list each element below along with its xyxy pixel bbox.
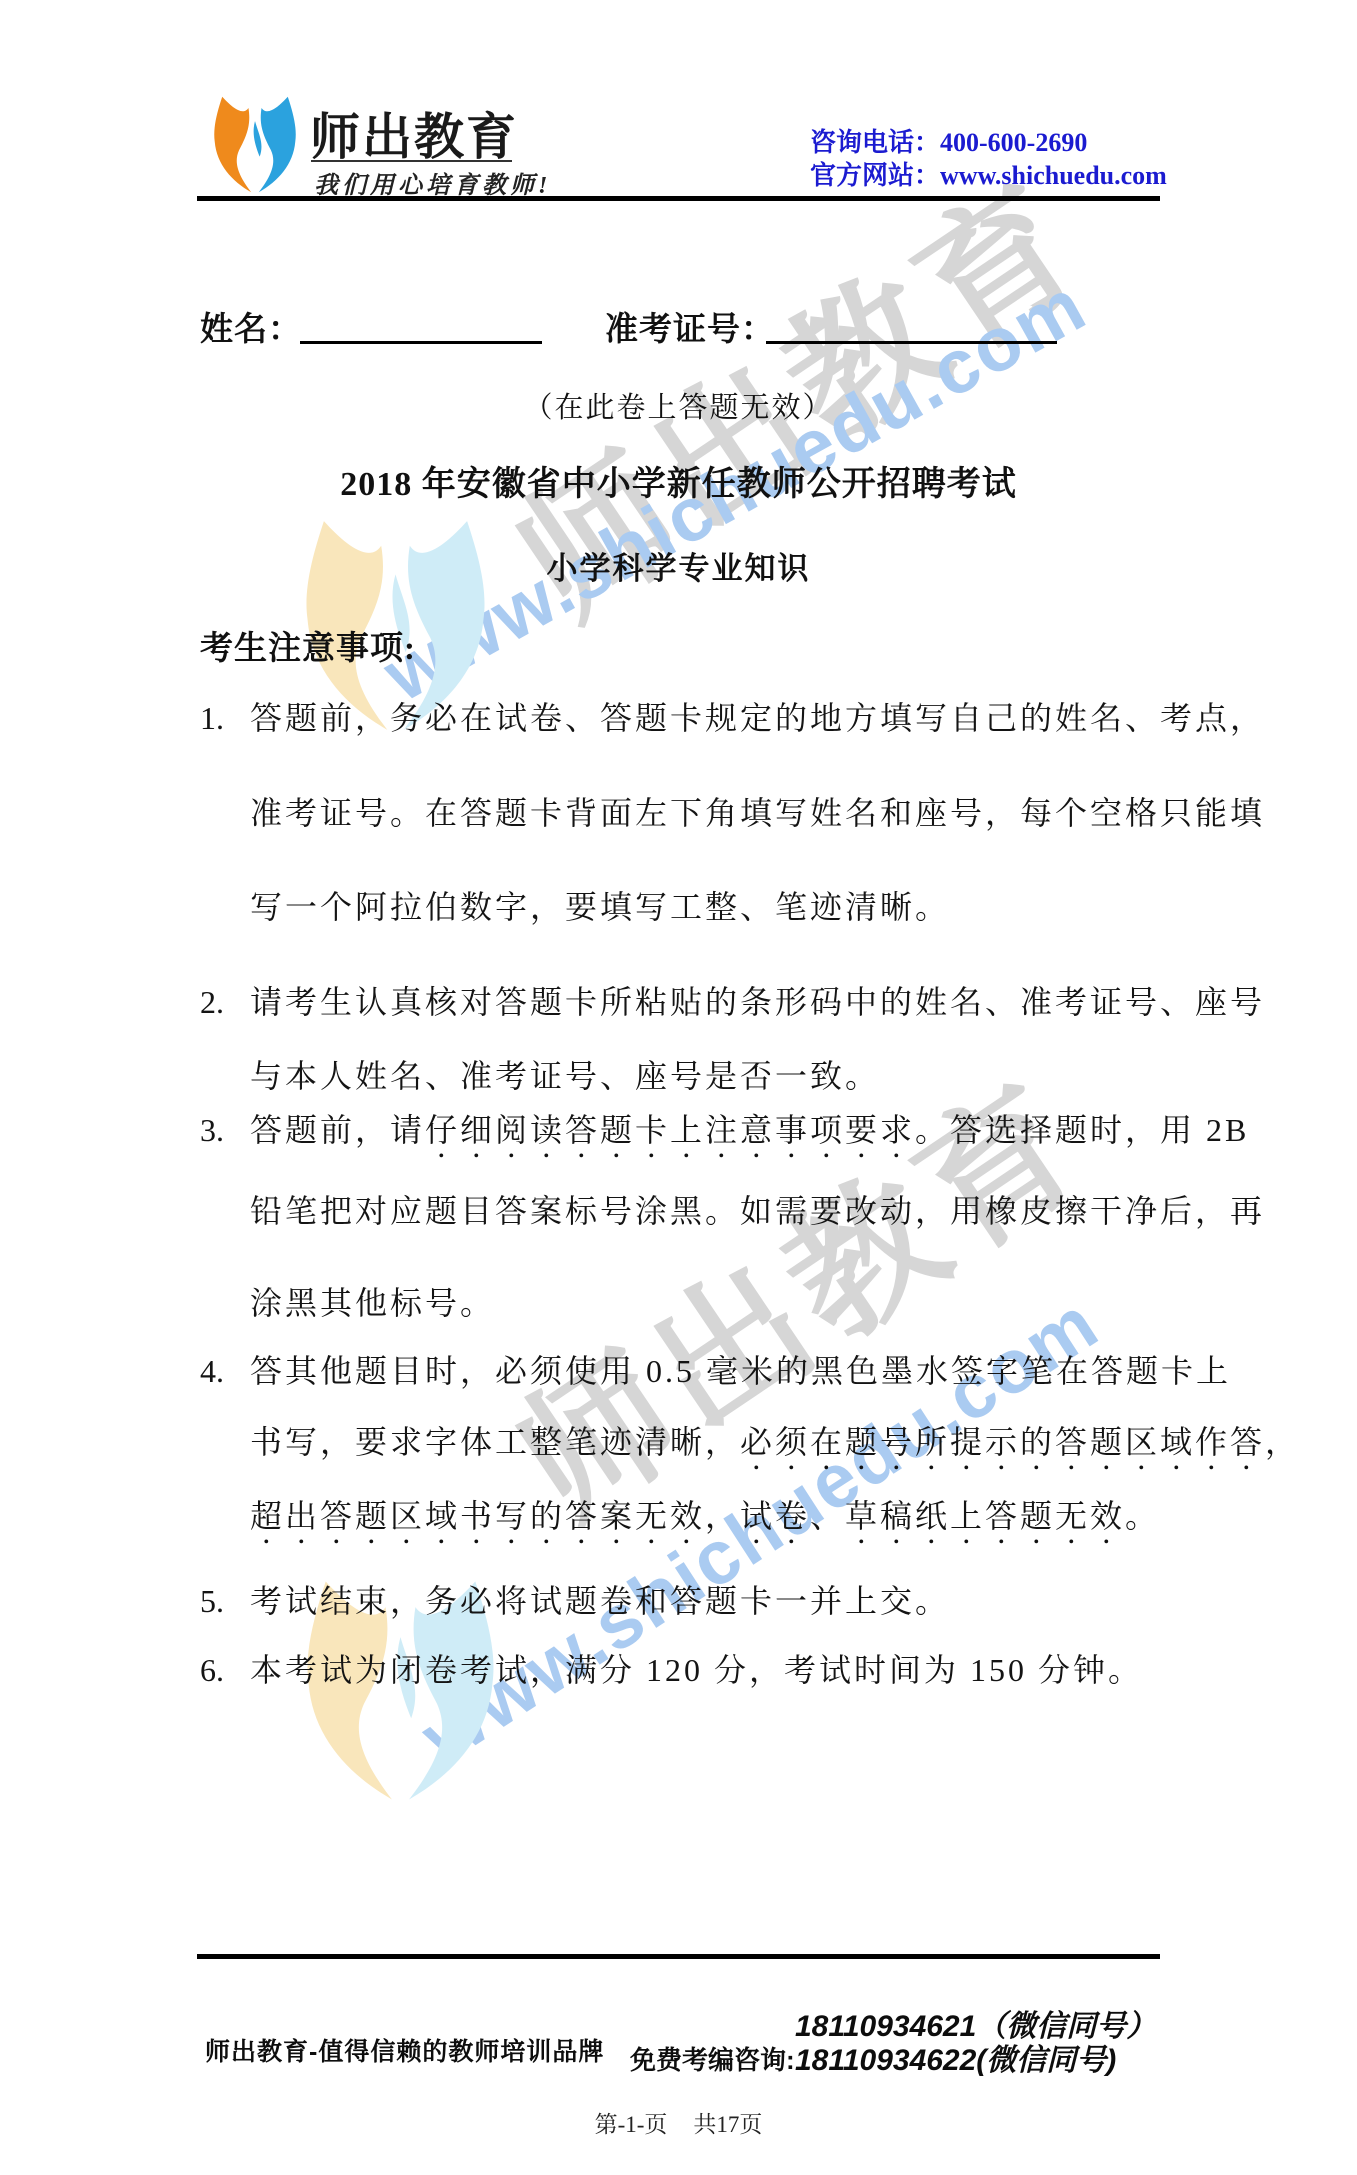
phone-label: 咨询电话： [810, 128, 940, 157]
note-text: 本考试为闭卷考试，满分 120 分，考试时间为 150 分钟。 [250, 1652, 1143, 1688]
contact-phone-row: 咨询电话：400-600-2690 [810, 126, 1167, 159]
footer-rule [197, 1954, 1160, 1959]
name-field-label: 姓名： [200, 303, 302, 350]
phone-number: 400-600-2690 [940, 128, 1087, 157]
logo-underline [311, 160, 512, 162]
header-rule [197, 196, 1160, 201]
note-item-number: 2. [200, 982, 224, 1022]
note-text: 请考生认真核对答题卡所粘贴的条形码中的姓名、准考证号、座号 [250, 984, 1265, 1020]
note-item-number: 5. [200, 1581, 224, 1621]
notes-heading: 考生注意事项: [200, 622, 416, 669]
note-line: 与本人姓名、准考证号、座号是否一致。 [250, 1056, 880, 1096]
note-text: 。 [1125, 1498, 1160, 1534]
note-text: 书写，要求字体工整笔迹清晰， [250, 1424, 740, 1460]
note-line: 5.考试结束，务必将试题卷和答题卡一并上交。 [250, 1581, 950, 1621]
exam-title: 2018 年安徽省中小学新任教师公开招聘考试 [0, 456, 1357, 505]
ticket-field-label: 准考证号： [605, 303, 775, 350]
note-item-number: 1. [200, 698, 224, 738]
note-text: 铅笔把对应题目答案标号涂黑。如需要改动，用橡皮擦干净后，再 [250, 1193, 1265, 1229]
note-item-number: 3. [200, 1110, 224, 1150]
note-text: 准考证号。在答题卡背面左下角填写姓名和座号，每个空格只能填 [250, 795, 1265, 831]
page-total: 共17页 [693, 2112, 762, 2137]
ticket-blank-line [766, 341, 1057, 344]
exam-paper-page: 师出教育 www.shichuedu.com 师出教育 www.shichued… [0, 0, 1357, 2175]
note-line: 书写，要求字体工整笔迹清晰，必须在题号所提示的答题区域作答， [250, 1422, 1300, 1477]
footer-consult-phones: 18110934621（微信同号） 18110934622(微信同号) [795, 2010, 1156, 2078]
footer-consult-label: 免费考编咨询: [630, 2040, 795, 2077]
note-text: 与本人姓名、准考证号、座号是否一致。 [250, 1058, 880, 1094]
note-text: 。答选择题时，用 2B [915, 1112, 1249, 1148]
contact-block: 咨询电话：400-600-2690 官方网站：www.shichuedu.com [810, 126, 1167, 192]
note-line: 4.答其他题目时，必须使用 0.5 毫米的黑色墨水签字笔在答题卡上 [250, 1351, 1231, 1391]
note-line: 3.答题前，请仔细阅读答题卡上注意事项要求。答选择题时，用 2B [250, 1110, 1249, 1165]
note-text-emphasized: 仔细阅读答题卡上注意事项要求 [425, 1112, 915, 1148]
note-line: 铅笔把对应题目答案标号涂黑。如需要改动，用橡皮擦干净后，再 [250, 1191, 1265, 1231]
flame-logo-icon [205, 93, 305, 196]
page-number: 第-1-页共17页 [0, 2106, 1357, 2139]
note-line: 6.本考试为闭卷考试，满分 120 分，考试时间为 150 分钟。 [250, 1650, 1143, 1690]
note-line: 准考证号。在答题卡背面左下角填写姓名和座号，每个空格只能填 [250, 793, 1265, 833]
page-content: 师出教育 我们用心培育教师! 咨询电话：400-600-2690 官方网站：ww… [0, 0, 1357, 2175]
note-item-number: 6. [200, 1650, 224, 1690]
note-text-emphasized: 超出答题区域书写的答案无效，试卷、草稿纸上答题无效 [250, 1498, 1125, 1534]
brand-tagline: 我们用心培育教师! [314, 165, 551, 200]
note-line: 写一个阿拉伯数字，要填写工整、笔迹清晰。 [250, 887, 950, 927]
note-text: 答题前，请 [250, 1112, 425, 1148]
contact-site-row: 官方网站：www.shichuedu.com [810, 159, 1167, 192]
footer-brand-slogan: 师出教育-值得信赖的教师培训品牌 [205, 2032, 604, 2068]
note-text: 答题前，务必在试卷、答题卡规定的地方填写自己的姓名、考点， [250, 700, 1265, 736]
invalid-answer-notice: （在此卷上答题无效） [0, 385, 1357, 426]
consult-phone-2: 18110934622(微信同号) [795, 2044, 1156, 2078]
note-text: 答其他题目时，必须使用 0.5 毫米的黑色墨水签字笔在答题卡上 [250, 1353, 1231, 1389]
note-text: 写一个阿拉伯数字，要填写工整、笔迹清晰。 [250, 889, 950, 925]
note-item-number: 4. [200, 1351, 224, 1391]
note-line: 超出答题区域书写的答案无效，试卷、草稿纸上答题无效。 [250, 1496, 1160, 1551]
name-blank-line [300, 341, 542, 344]
exam-subject: 小学科学专业知识 [0, 543, 1357, 588]
page-current: 第-1-页 [595, 2112, 668, 2137]
consult-phone-1: 18110934621（微信同号） [795, 2010, 1156, 2044]
note-line: 1.答题前，务必在试卷、答题卡规定的地方填写自己的姓名、考点， [250, 698, 1265, 738]
note-text: 考试结束，务必将试题卷和答题卡一并上交。 [250, 1583, 950, 1619]
brand-logo-text: 师出教育 [310, 97, 518, 169]
note-text-emphasized: 必须在题号所提示的答题区域作答， [740, 1424, 1300, 1460]
note-line: 涂黑其他标号。 [250, 1283, 495, 1323]
note-line: 2.请考生认真核对答题卡所粘贴的条形码中的姓名、准考证号、座号 [250, 982, 1265, 1022]
site-url: www.shichuedu.com [940, 161, 1167, 190]
note-text: 涂黑其他标号。 [250, 1285, 495, 1321]
site-label: 官方网站： [810, 161, 940, 190]
